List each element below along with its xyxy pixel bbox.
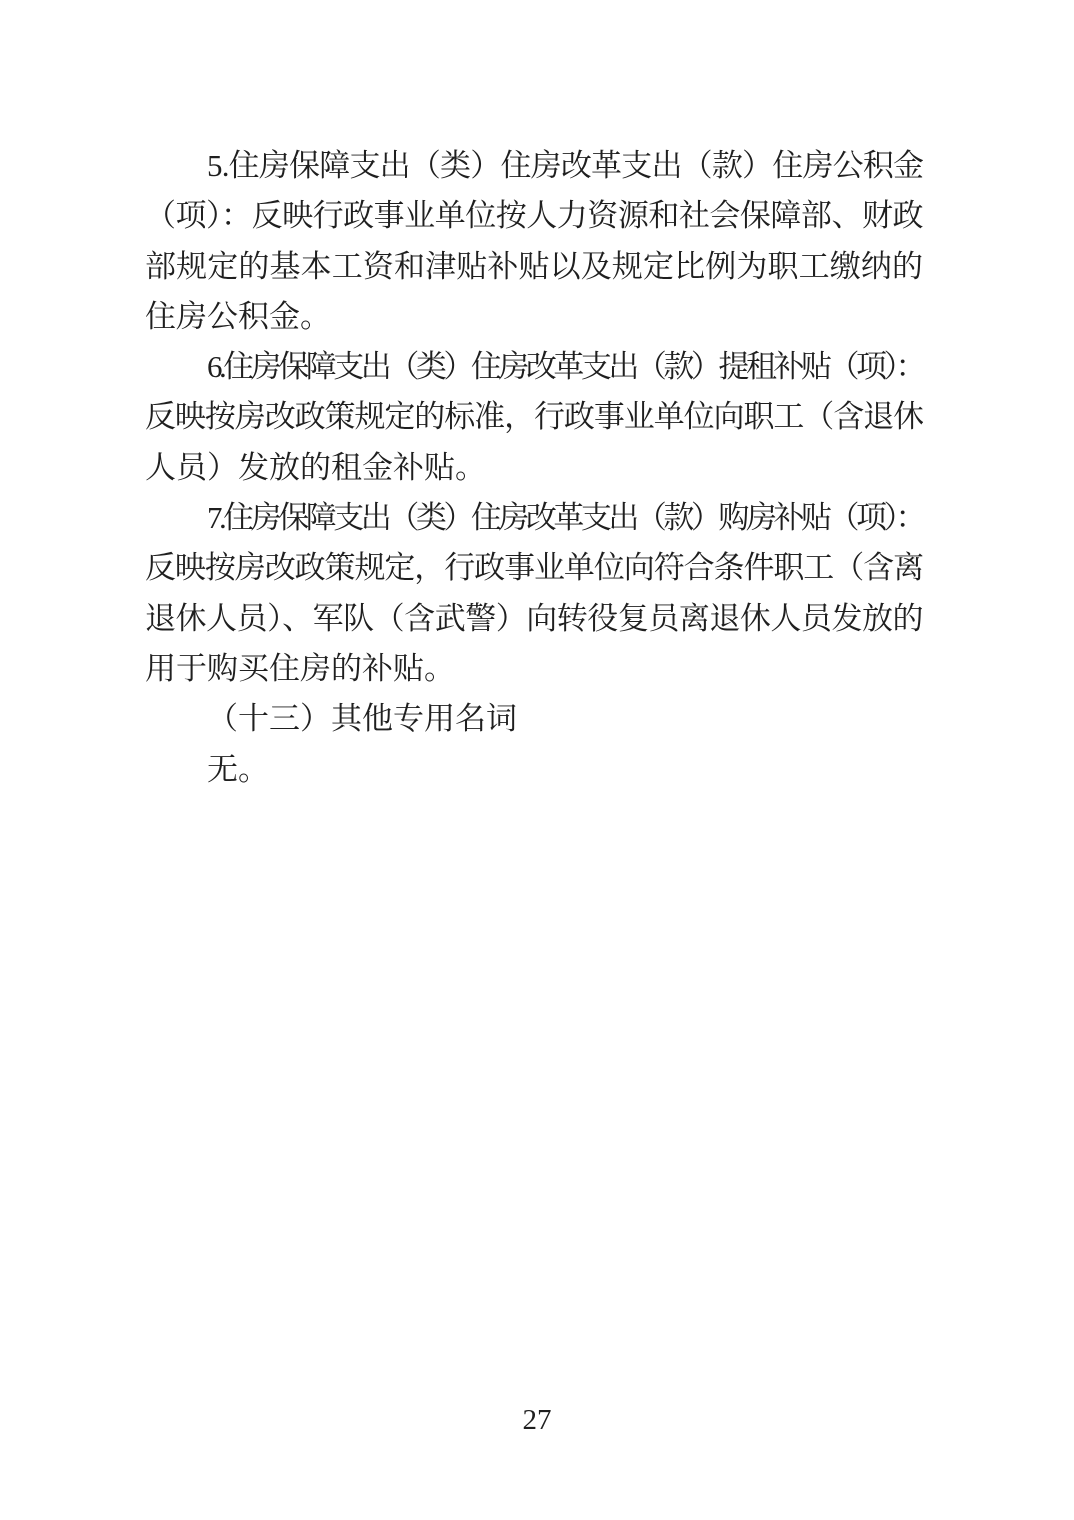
text-line: 无。 (145, 745, 923, 795)
text-line: （十三）其他专用名词 (145, 694, 923, 744)
page-footer: 27 (0, 1400, 1074, 1440)
document-body: 5.住房保障支出（类）住房改革支出（款）住房公积金 （项）：反映行政事业单位按人… (145, 141, 923, 795)
text-line: 5.住房保障支出（类）住房改革支出（款）住房公积金 (145, 141, 923, 191)
text-line: 反映按房改政策规定，行政事业单位向符合条件职工（含离 (145, 543, 923, 593)
text-line: 6.住房保障支出（类）住房改革支出（款）提租补贴（项）： (145, 342, 923, 392)
text-line: 7.住房保障支出（类）住房改革支出（款）购房补贴（项）： (145, 493, 923, 543)
text-line: （项）：反映行政事业单位按人力资源和社会保障部、财政 (145, 191, 923, 241)
paragraph-none: 无。 (145, 745, 923, 795)
paragraph-item-6: 6.住房保障支出（类）住房改革支出（款）提租补贴（项）： 反映按房改政策规定的标… (145, 342, 923, 493)
document-page: 5.住房保障支出（类）住房改革支出（款）住房公积金 （项）：反映行政事业单位按人… (0, 0, 1074, 1520)
text-line: 人员）发放的租金补贴。 (145, 443, 923, 493)
paragraph-item-7: 7.住房保障支出（类）住房改革支出（款）购房补贴（项）： 反映按房改政策规定，行… (145, 493, 923, 694)
text-line: 住房公积金。 (145, 292, 923, 342)
section-heading-13: （十三）其他专用名词 (145, 694, 923, 744)
text-line: 部规定的基本工资和津贴补贴以及规定比例为职工缴纳的 (145, 242, 923, 292)
text-line: 反映按房改政策规定的标准，行政事业单位向职工（含退休 (145, 392, 923, 442)
page-number: 27 (523, 1404, 552, 1436)
text-line: 用于购买住房的补贴。 (145, 644, 923, 694)
text-line: 退休人员）、军队（含武警）向转役复员离退休人员发放的 (145, 594, 923, 644)
paragraph-item-5: 5.住房保障支出（类）住房改革支出（款）住房公积金 （项）：反映行政事业单位按人… (145, 141, 923, 342)
